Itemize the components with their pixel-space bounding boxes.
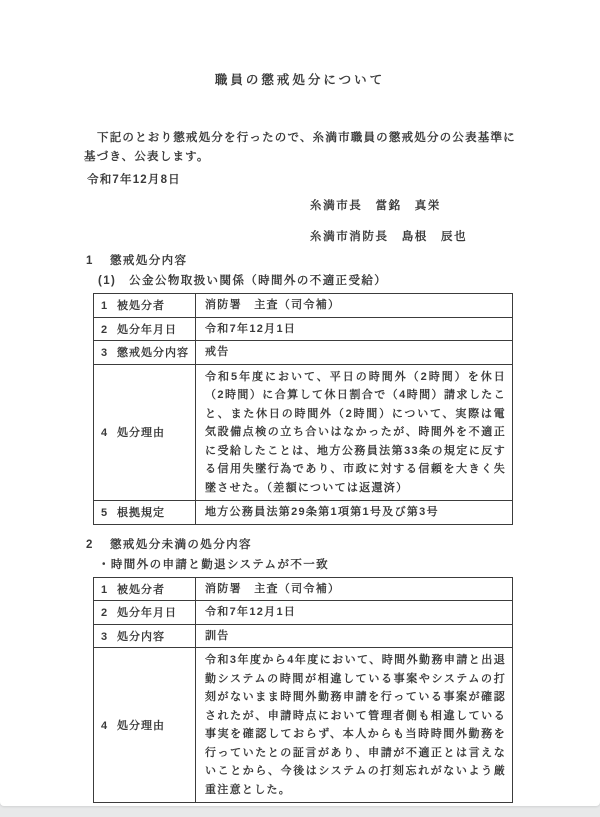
row-label: 根拠規定 xyxy=(117,507,165,519)
row-value: 消防署 主査（司令補） xyxy=(196,577,513,601)
table-row: 4処分理由 令和5年度において、平日の時間外（2時間）を休日（2時間）に合算して… xyxy=(94,364,513,501)
intro-paragraph: 下記のとおり懲戒処分を行ったので、糸満市職員の懲戒処分の公表基準に基づき、公表し… xyxy=(84,129,522,167)
section-disciplinary-action: 1懲戒処分内容 (1) 公金公物取扱い関係（時間外の不適正受給） 1被処分者 消… xyxy=(0,252,600,525)
row-number: 4 xyxy=(101,427,117,439)
disciplinary-table-2: 1被処分者 消防署 主査（司令補） 2処分年月日 令和7年12月1日 3処分内容… xyxy=(93,577,513,804)
row-number: 4 xyxy=(101,720,117,732)
table-row: 3懲戒処分内容 戒告 xyxy=(94,341,513,365)
section-1-subheading: (1) 公金公物取扱い関係（時間外の不適正受給） xyxy=(98,272,600,291)
row-label: 被処分者 xyxy=(117,584,165,596)
table-row: 2処分年月日 令和7年12月1日 xyxy=(94,317,513,341)
row-number: 1 xyxy=(101,584,117,596)
row-value: 消防署 主査（司令補） xyxy=(196,294,513,318)
disciplinary-table-1: 1被処分者 消防署 主査（司令補） 2処分年月日 令和7年12月1日 3懲戒処分… xyxy=(93,293,513,525)
row-value: 戒告 xyxy=(196,341,513,365)
row-value: 令和7年12月1日 xyxy=(196,317,513,341)
table-row: 4処分理由 令和3年度から4年度において、時間外勤務申請と出退勤システムの時間が… xyxy=(94,648,513,803)
section-2-number: 2 xyxy=(86,536,110,555)
row-label: 処分理由 xyxy=(117,427,165,439)
page-title: 職員の懲戒処分について xyxy=(0,0,600,88)
row-value: 訓告 xyxy=(196,624,513,648)
signature-fire-chief: 糸満市消防長 島根 辰也 xyxy=(310,228,600,247)
row-label: 処分年月日 xyxy=(117,607,177,619)
section-2-heading: 2懲戒処分未満の処分内容 xyxy=(86,536,600,555)
row-label: 処分内容 xyxy=(117,631,165,643)
row-label: 懲戒処分内容 xyxy=(117,347,189,359)
row-value: 令和7年12月1日 xyxy=(196,601,513,625)
row-value: 地方公務員法第29条第1項第1号及び第3号 xyxy=(196,501,513,525)
row-label: 処分理由 xyxy=(117,720,165,732)
table-row: 3処分内容 訓告 xyxy=(94,624,513,648)
document-page: 職員の懲戒処分について 下記のとおり懲戒処分を行ったので、糸満市職員の懲戒処分の… xyxy=(0,0,600,806)
section-1-heading-text: 懲戒処分内容 xyxy=(110,255,187,267)
table-row: 5根拠規定 地方公務員法第29条第1項第1号及び第3号 xyxy=(94,501,513,525)
row-value-reason: 令和5年度において、平日の時間外（2時間）を休日（2時間）に合算して休日割合で（… xyxy=(196,364,513,501)
table-row: 1被処分者 消防署 主査（司令補） xyxy=(94,294,513,318)
row-number: 2 xyxy=(101,607,117,619)
row-number: 1 xyxy=(101,300,117,312)
row-number: 3 xyxy=(101,347,117,359)
row-value-reason: 令和3年度から4年度において、時間外勤務申請と出退勤システムの時間が相違している… xyxy=(196,648,513,803)
row-number: 3 xyxy=(101,631,117,643)
table-row: 2処分年月日 令和7年12月1日 xyxy=(94,601,513,625)
issue-date: 令和7年12月8日 xyxy=(87,171,600,190)
section-2-subheading: ・時間外の申請と勤退システムが不一致 xyxy=(98,556,600,575)
section-1-number: 1 xyxy=(86,252,110,271)
row-number: 2 xyxy=(101,324,117,336)
section-sub-disciplinary-action: 2懲戒処分未満の処分内容 ・時間外の申請と勤退システムが不一致 1被処分者 消防… xyxy=(0,536,600,804)
row-label: 被処分者 xyxy=(117,300,165,312)
section-1-heading: 1懲戒処分内容 xyxy=(86,252,600,271)
row-label: 処分年月日 xyxy=(117,324,177,336)
signature-mayor: 糸満市長 當銘 真栄 xyxy=(310,197,600,216)
section-2-heading-text: 懲戒処分未満の処分内容 xyxy=(110,539,252,551)
row-number: 5 xyxy=(101,507,117,519)
table-row: 1被処分者 消防署 主査（司令補） xyxy=(94,577,513,601)
